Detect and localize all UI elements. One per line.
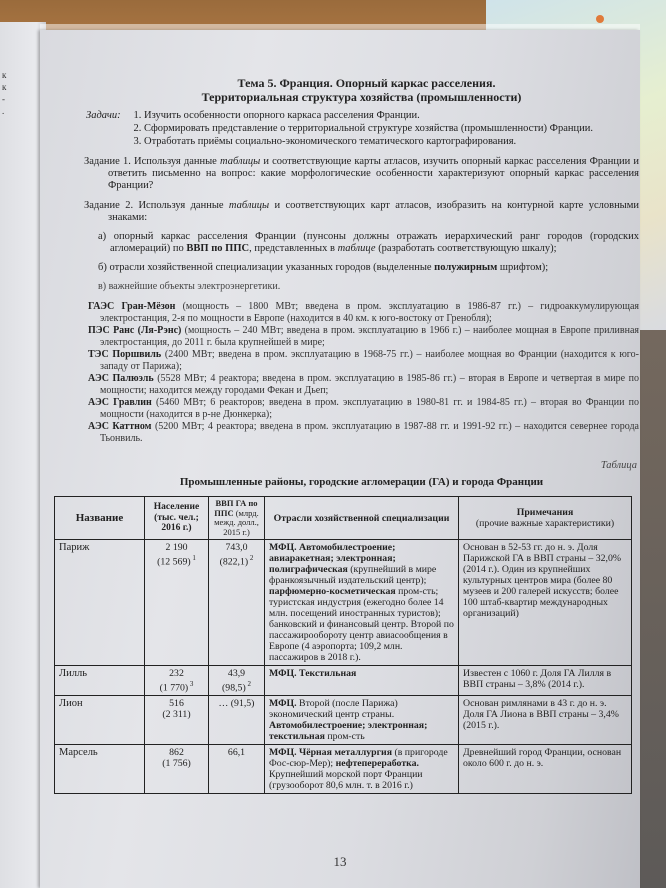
- left-page-fragment: -: [2, 94, 5, 105]
- population-agglomeration: (2 311): [149, 709, 204, 720]
- population-agglomeration: (12 569) 1: [149, 553, 204, 567]
- energy-object-desc: (5200 МВт; 4 реактора; введена в пром. э…: [100, 421, 639, 444]
- energy-objects-list: ГАЭС Гран-Мёзон (мощность – 1800 МВт; вв…: [84, 301, 639, 444]
- footnote-mark: 2: [248, 554, 253, 562]
- energy-object-type: ТЭС: [88, 349, 112, 360]
- tasks-list: Изучить особенности опорного каркаса рас…: [84, 110, 639, 148]
- cell-specialization: МФЦ. Второй (после Парижа) экономический…: [265, 696, 459, 745]
- specialization-text: Крупнейший морской порт Франции (грузооб…: [269, 769, 423, 791]
- table-header-row: Название Население (тыс. чел.; 2016 г.) …: [55, 497, 632, 540]
- cell-name: Париж: [55, 540, 145, 666]
- cell-notes: Основан римлянами в 43 г. до н. э. Доля …: [459, 696, 632, 745]
- specialization-text: нефтепереработка.: [336, 758, 419, 769]
- header-notes-bold: Примечания: [463, 507, 627, 518]
- population-agglomeration: (1 756): [149, 758, 204, 769]
- energy-object-type: АЭС: [88, 397, 113, 408]
- gdp-city: … (91,5): [213, 698, 260, 709]
- item-text: шрифтом);: [500, 262, 548, 273]
- cities-table: Название Население (тыс. чел.; 2016 г.) …: [54, 496, 632, 794]
- assignment-2-item-c: в) важнейшие объекты электроэнергетики.: [84, 281, 639, 293]
- cell-gdp: 43,9(98,5) 2: [209, 666, 265, 696]
- energy-object-desc: (мощность – 240 МВт; введена в пром. экс…: [100, 325, 639, 348]
- cell-population: 232(1 770) 3: [145, 666, 209, 696]
- table-row: Марсель862(1 756)66,1МФЦ. Чёрная металлу…: [55, 745, 632, 794]
- cell-name: Марсель: [55, 745, 145, 794]
- gdp-city: 66,1: [213, 747, 260, 758]
- item-bold: полужирным: [434, 262, 497, 273]
- header-notes: Примечания(прочие важные характеристики): [459, 497, 632, 540]
- item-text: отрасли хозяйственной специализации указ…: [109, 262, 431, 273]
- cell-gdp: 743,0(822,1) 2: [209, 540, 265, 666]
- cell-specialization: МФЦ. Автомобилестроение; авиаракетная; э…: [265, 540, 459, 666]
- task-item: Отработать приёмы социально-экономическо…: [144, 136, 639, 148]
- left-page-fragment: .: [2, 106, 4, 117]
- item-text: , представленных в: [249, 243, 335, 254]
- footnote-mark: 2: [246, 680, 251, 688]
- assignment-1-label: Задание 1.: [84, 156, 131, 167]
- tasks-section: Задачи: Изучить особенности опорного кар…: [84, 110, 639, 148]
- energy-object-type: АЭС: [88, 421, 112, 432]
- energy-object: АЭС Палюэль (5528 МВт; 4 реактора; введе…: [88, 373, 639, 396]
- task-item: Изучить особенности опорного каркаса рас…: [144, 110, 639, 122]
- cell-gdp: … (91,5): [209, 696, 265, 745]
- cell-population: 862(1 756): [145, 745, 209, 794]
- energy-object: ТЭС Поршвиль (2400 МВт; введена в пром. …: [88, 349, 639, 372]
- energy-object-type: ПЭС: [88, 325, 113, 336]
- cell-population: 2 190(12 569) 1: [145, 540, 209, 666]
- item-text: (разработать соответствующую шкалу);: [378, 243, 556, 254]
- item-italic: таблице: [338, 243, 376, 254]
- cell-name: Лилль: [55, 666, 145, 696]
- cell-population: 516(2 311): [145, 696, 209, 745]
- assignment-2-label: Задание 2.: [84, 200, 133, 211]
- assignment-1-text: Используя данные: [134, 156, 217, 167]
- energy-object-desc: (2400 МВт; введена в пром. эксплуатацию …: [100, 349, 639, 372]
- energy-object-type: ГАЭС: [88, 301, 121, 312]
- energy-object: ПЭС Ранс (Ля-Рэнс) (мощность – 240 МВт; …: [88, 325, 639, 348]
- task-item: Сформировать представление о территориал…: [144, 123, 639, 135]
- energy-object-desc: (5460 МВт; 6 реакторов; введена в пром. …: [100, 397, 639, 420]
- item-prefix: а): [98, 231, 106, 242]
- energy-object-name: Ранс (Ля-Рэнс): [113, 325, 181, 336]
- city-marker-icon: [596, 15, 604, 23]
- specialization-text: пром-сть; туристская индустрия (ежегодно…: [269, 586, 454, 663]
- energy-object-name: Поршвиль: [112, 349, 161, 360]
- table-label: Таблица: [84, 460, 639, 472]
- population-city: 862: [149, 747, 204, 758]
- population-city: 232: [149, 668, 204, 679]
- population-city: 2 190: [149, 542, 204, 553]
- footnote-mark: 3: [188, 680, 193, 688]
- header-specialization: Отрасли хозяйственной специализации: [265, 497, 459, 540]
- table-row: Лион516(2 311)… (91,5)МФЦ. Второй (после…: [55, 696, 632, 745]
- tasks-label: Задачи:: [86, 110, 121, 122]
- title-line-1: Тема 5. Франция. Опорный каркас расселен…: [84, 76, 639, 90]
- energy-object-name: Каттном: [112, 421, 151, 432]
- table-title: Промышленные районы, городские агломерац…: [84, 476, 639, 488]
- assignment-2-italic: таблицы: [229, 200, 269, 211]
- gdp-agglomeration: (822,1) 2: [213, 553, 260, 567]
- energy-object: ГАЭС Гран-Мёзон (мощность – 1800 МВт; вв…: [88, 301, 639, 324]
- cell-notes: Известен с 1060 г. Доля ГА Лилля в ВВП с…: [459, 666, 632, 696]
- cell-specialization: МФЦ. Чёрная металлургия (в пригороде Фос…: [265, 745, 459, 794]
- specialization-text: МФЦ.: [269, 698, 297, 709]
- population-agglomeration: (1 770) 3: [149, 679, 204, 693]
- header-name: Название: [55, 497, 145, 540]
- header-notes-rest: (прочие важные характеристики): [463, 518, 627, 529]
- header-population-text: Население (тыс. чел.; 2016 г.): [154, 502, 199, 533]
- left-page-fragment: к: [2, 82, 6, 93]
- item-bold: ВВП по ППС: [186, 243, 249, 254]
- cell-notes: Древнейший город Франции, основан около …: [459, 745, 632, 794]
- page-title: Тема 5. Франция. Опорный каркас расселен…: [84, 76, 639, 104]
- gdp-city: 43,9: [213, 668, 260, 679]
- energy-object: АЭС Каттном (5200 МВт; 4 реактора; введе…: [88, 421, 639, 444]
- item-text: важнейшие объекты электроэнергетики.: [109, 281, 281, 292]
- cell-specialization: МФЦ. Текстильная: [265, 666, 459, 696]
- assignment-2: Задание 2. Используя данные таблицы и со…: [84, 200, 639, 224]
- page-number: 13: [40, 854, 640, 870]
- item-prefix: б): [98, 262, 107, 273]
- energy-object-desc: (мощность – 1800 МВт; введена в пром. эк…: [100, 301, 639, 324]
- gdp-city: 743,0: [213, 542, 260, 553]
- specialization-text: МФЦ. Чёрная металлургия: [269, 747, 392, 758]
- footnote-mark: 1: [191, 554, 196, 562]
- energy-object-name: Гравлин: [113, 397, 152, 408]
- energy-object-name: Палюэль: [113, 373, 154, 384]
- energy-object-name: Гран-Мёзон: [121, 301, 175, 312]
- header-population: Население (тыс. чел.; 2016 г.): [145, 497, 209, 540]
- page-content: Тема 5. Франция. Опорный каркас расселен…: [84, 76, 639, 794]
- table-row: Лилль232(1 770) 343,9(98,5) 2МФЦ. Тексти…: [55, 666, 632, 696]
- assignment-2-item-b: б) отрасли хозяйственной специализации у…: [84, 262, 639, 274]
- header-gdp: ВВП ГА по ППС (млрд. межд. долл., 2015 г…: [209, 497, 265, 540]
- specialization-text: парфюмерно-косметическая: [269, 586, 396, 597]
- energy-object-desc: (5528 МВт; 4 реактора; введена в пром. э…: [100, 373, 639, 396]
- cell-gdp: 66,1: [209, 745, 265, 794]
- table-body: Париж2 190(12 569) 1743,0(822,1) 2МФЦ. А…: [55, 540, 632, 794]
- assignment-2-item-a: а) опорный каркас расселения Франции (пу…: [84, 231, 639, 255]
- population-city: 516: [149, 698, 204, 709]
- item-prefix: в): [98, 281, 106, 292]
- specialization-text: пром-сть: [325, 731, 365, 742]
- gdp-agglomeration: (98,5) 2: [213, 679, 260, 693]
- cell-notes: Основан в 52-53 гг. до н. э. Доля Парижс…: [459, 540, 632, 666]
- assignment-1: Задание 1. Используя данные таблицы и со…: [84, 156, 639, 192]
- energy-object: АЭС Гравлин (5460 МВт; 6 реакторов; введ…: [88, 397, 639, 420]
- document-page: Тема 5. Франция. Опорный каркас расселен…: [40, 30, 640, 888]
- left-page-fragment: к: [2, 70, 6, 81]
- table-row: Париж2 190(12 569) 1743,0(822,1) 2МФЦ. А…: [55, 540, 632, 666]
- specialization-text: МФЦ. Текстильная: [269, 668, 356, 679]
- assignment-1-italic: таблицы: [220, 156, 260, 167]
- energy-object-type: АЭС: [88, 373, 113, 384]
- title-line-2: Территориальная структура хозяйства (про…: [84, 90, 639, 104]
- cell-name: Лион: [55, 696, 145, 745]
- assignment-2-text: Используя данные: [138, 200, 223, 211]
